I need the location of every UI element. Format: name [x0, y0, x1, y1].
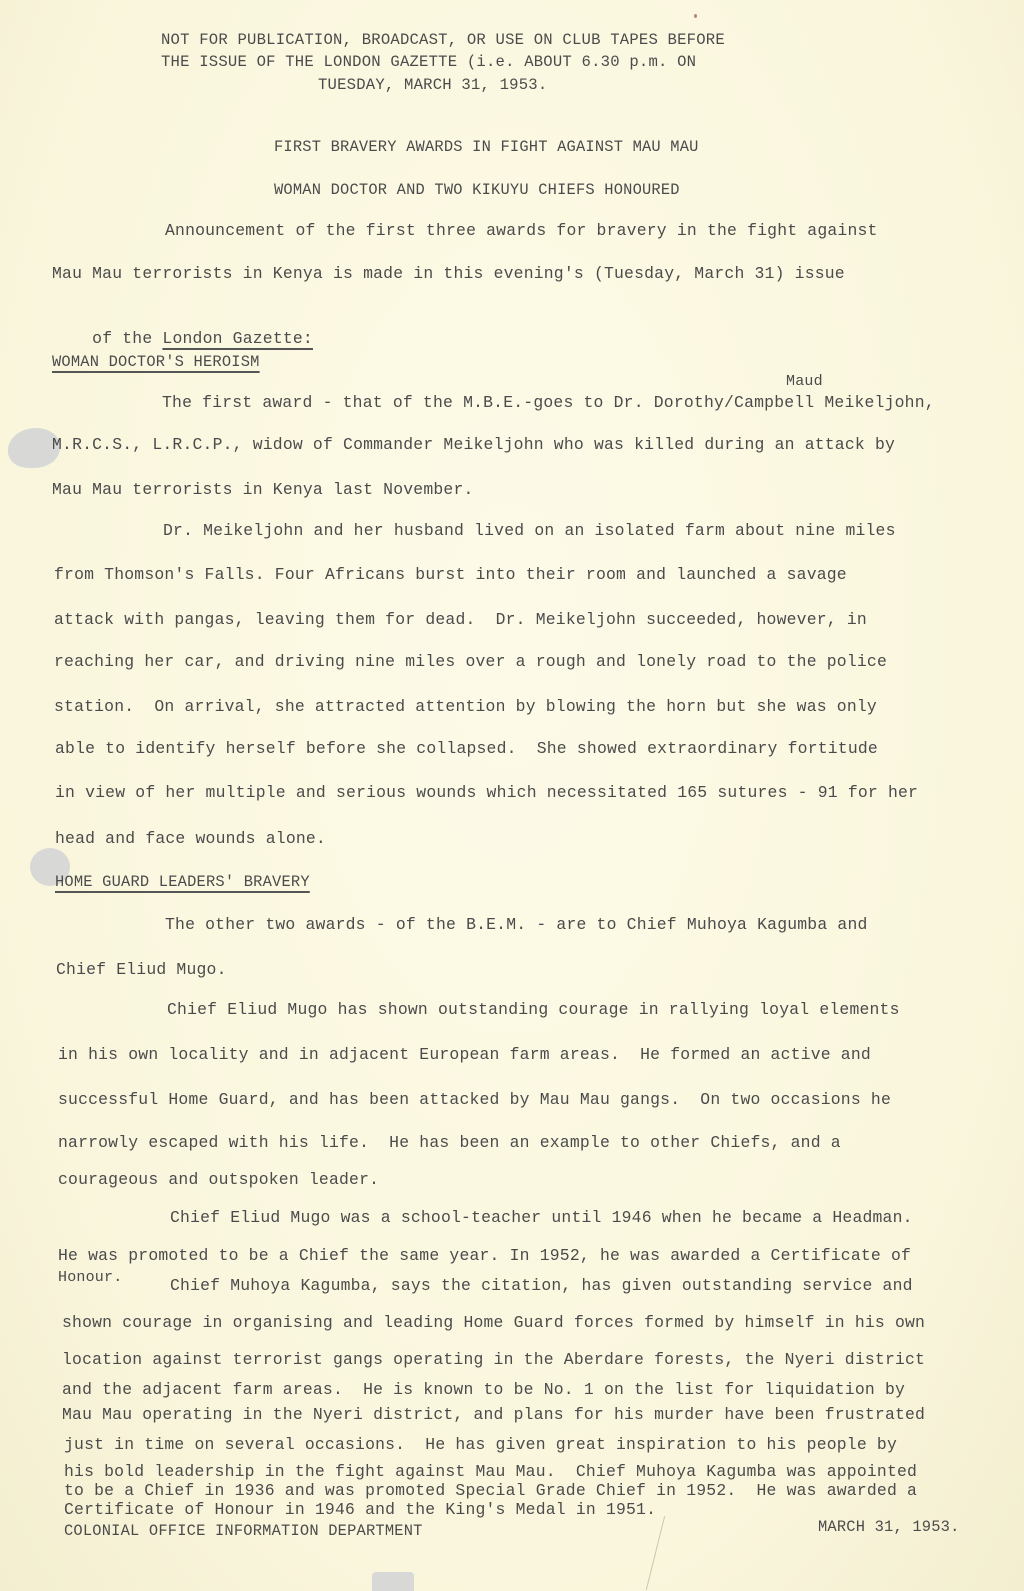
- s1-p2-line-5: station. On arrival, she attracted atten…: [54, 697, 877, 716]
- s1-p2-line-2: from Thomson's Falls. Four Africans burs…: [54, 565, 847, 584]
- s1-p2-line-6: able to identify herself before she coll…: [55, 739, 878, 758]
- s2-p3-line-1: Chief Eliud Mugo was a school-teacher un…: [170, 1208, 913, 1227]
- s2-p1-line-2: Chief Eliud Mugo.: [56, 960, 227, 979]
- s2-p4-line-6: just in time on several occasions. He ha…: [64, 1435, 897, 1454]
- embargo-line-2: THE ISSUE OF THE LONDON GAZETTE (i.e. AB…: [161, 53, 696, 71]
- s1-p2-line-3: attack with pangas, leaving them for dea…: [54, 610, 867, 629]
- s2-p4-line-4: and the adjacent farm areas. He is known…: [62, 1380, 905, 1399]
- s2-p2-line-3: successful Home Guard, and has been atta…: [58, 1090, 891, 1109]
- london-gazette-reference: London Gazette:: [162, 329, 313, 348]
- intro-prefix: of the: [92, 329, 162, 348]
- s2-p4-line-3: location against terrorist gangs operati…: [62, 1350, 925, 1369]
- s1-p2-line-4: reaching her car, and driving nine miles…: [54, 652, 887, 671]
- s1-p2-line-1: Dr. Meikeljohn and her husband lived on …: [163, 521, 896, 540]
- s2-p2-line-4: narrowly escaped with his life. He has b…: [58, 1133, 841, 1152]
- s2-p4-line-9: Certificate of Honour in 1946 and the Ki…: [64, 1500, 656, 1519]
- section-heading-home-guard: HOME GUARD LEADERS' BRAVERY: [55, 873, 310, 891]
- s2-p2-line-2: in his own locality and in adjacent Euro…: [58, 1045, 871, 1064]
- s2-p4-line-8: to be a Chief in 1936 and was promoted S…: [64, 1481, 917, 1500]
- punch-hole-bottom: [372, 1572, 414, 1591]
- intro-line-1: Announcement of the first three awards f…: [165, 221, 878, 240]
- footer-date: MARCH 31, 1953.: [818, 1518, 960, 1536]
- page-subtitle: WOMAN DOCTOR AND TWO KIKUYU CHIEFS HONOU…: [274, 181, 680, 199]
- paper-crease: [646, 1516, 665, 1590]
- document-page: NOT FOR PUBLICATION, BROADCAST, OR USE O…: [0, 0, 1024, 1591]
- s2-p4-line-7: his bold leadership in the fight against…: [64, 1462, 917, 1481]
- s2-p1-line-1: The other two awards - of the B.E.M. - a…: [165, 915, 868, 934]
- intro-line-2: Mau Mau terrorists in Kenya is made in t…: [52, 264, 845, 283]
- s2-p3-line-3: Honour.: [58, 1269, 122, 1286]
- page-title: FIRST BRAVERY AWARDS IN FIGHT AGAINST MA…: [274, 138, 699, 156]
- s2-p4-line-1: Chief Muhoya Kagumba, says the citation,…: [170, 1276, 913, 1295]
- s1-p1-line-3: Mau Mau terrorists in Kenya last Novembe…: [52, 480, 474, 499]
- footer-department: COLONIAL OFFICE INFORMATION DEPARTMENT: [64, 1522, 423, 1540]
- paper-speck: [694, 14, 697, 18]
- s1-p2-line-7: in view of her multiple and serious woun…: [55, 783, 918, 802]
- s2-p4-line-5: Mau Mau operating in the Nyeri district,…: [62, 1405, 925, 1424]
- s2-p4-line-2: shown courage in organising and leading …: [62, 1313, 925, 1332]
- section-heading-woman-doctor: WOMAN DOCTOR'S HEROISM: [52, 353, 260, 371]
- s2-p3-line-2: He was promoted to be a Chief the same y…: [58, 1246, 911, 1265]
- s1-p1-line-1: The first award - that of the M.B.E.-goe…: [162, 393, 935, 412]
- embargo-line-3: TUESDAY, MARCH 31, 1953.: [318, 76, 547, 94]
- s1-p1-line-2: M.R.C.S., L.R.C.P., widow of Commander M…: [52, 435, 895, 454]
- embargo-line-1: NOT FOR PUBLICATION, BROADCAST, OR USE O…: [161, 31, 725, 49]
- handwritten-insertion-maud: Maud: [786, 373, 823, 390]
- s1-p2-line-8: head and face wounds alone.: [55, 829, 326, 848]
- s2-p2-line-5: courageous and outspoken leader.: [58, 1170, 379, 1189]
- s2-p2-line-1: Chief Eliud Mugo has shown outstanding c…: [167, 1000, 900, 1019]
